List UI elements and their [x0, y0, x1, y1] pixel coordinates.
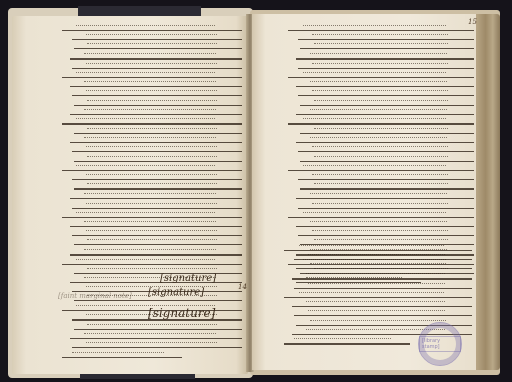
handwritten-line: [70, 220, 242, 227]
handwritten-line: [288, 117, 474, 125]
left-page-description: Continuous handwritten text block, appro…: [0, 0, 1, 1]
right-entry-1-description: First entry, approx. 28 lines of handwri…: [0, 0, 1, 1]
handwritten-line: [72, 229, 242, 236]
handwritten-line: [62, 258, 242, 265]
handwritten-line: [74, 155, 242, 162]
handwritten-line: [296, 192, 474, 199]
handwritten-line: [296, 80, 474, 87]
handwritten-line: [296, 136, 474, 143]
handwritten-line: [62, 117, 242, 125]
manuscript-spread: Continuous handwritten text block, appro…: [0, 0, 512, 382]
handwritten-line: [288, 71, 474, 78]
handwritten-line: [296, 220, 474, 227]
page-edge: [476, 14, 500, 370]
handwritten-line: [284, 244, 472, 251]
left-margin-note: [faint marginal note]: [58, 292, 132, 300]
handwritten-line: [62, 24, 242, 31]
handwritten-line: [70, 192, 242, 199]
handwritten-line: [62, 164, 242, 171]
handwritten-line: [300, 182, 474, 190]
handwritten-line: [62, 211, 242, 218]
handwritten-line: [74, 267, 242, 274]
handwritten-line: [294, 309, 472, 316]
handwritten-line: [300, 42, 474, 49]
signature-3: [signature]: [148, 306, 215, 320]
handwritten-line: [74, 238, 242, 245]
handwritten-line: [74, 127, 242, 134]
handwritten-line: [70, 80, 242, 87]
handwritten-line: [296, 52, 474, 60]
stamp-text: [library stamp]: [419, 336, 461, 352]
handwritten-line: [284, 337, 410, 345]
handwritten-line: [292, 300, 472, 307]
handwritten-line: [72, 202, 242, 209]
handwritten-line: [300, 155, 474, 162]
handwritten-line: [298, 33, 474, 40]
right-entry-2-description: Second entry, approx. 11 lines of handwr…: [0, 0, 1, 1]
handwritten-line: [288, 211, 474, 218]
handwritten-line: [292, 272, 472, 280]
handwritten-line: [298, 89, 474, 96]
handwritten-line: [296, 262, 472, 269]
signature-2: [signature]: [148, 287, 204, 298]
handwritten-line: [72, 62, 242, 69]
handwritten-line: [70, 276, 242, 283]
handwritten-line: [288, 24, 474, 31]
handwritten-line: [70, 332, 242, 339]
handwritten-line: [72, 33, 242, 40]
handwritten-line: [298, 229, 474, 236]
handwritten-line: [62, 351, 182, 358]
handwritten-line: [284, 291, 472, 298]
handwritten-line: [288, 164, 474, 171]
handwritten-line: [298, 202, 474, 209]
handwritten-line: [298, 62, 474, 69]
handwritten-line: [300, 99, 474, 106]
handwritten-line: [74, 99, 242, 106]
top-clip: [78, 6, 201, 16]
handwritten-line: [298, 145, 474, 152]
handwritten-line: [300, 127, 474, 134]
library-stamp: [library stamp]: [418, 322, 462, 366]
handwritten-line: [294, 282, 472, 289]
handwritten-line: [70, 248, 242, 256]
handwritten-line: [62, 71, 242, 78]
handwritten-line: [70, 108, 242, 115]
handwritten-line: [74, 323, 242, 330]
handwritten-line: [294, 253, 472, 260]
handwritten-line: [72, 145, 242, 152]
handwritten-line: [74, 42, 242, 49]
signature-1: [signature]: [160, 273, 216, 284]
handwritten-line: [296, 108, 474, 115]
handwritten-line: [74, 182, 242, 190]
handwritten-line: [70, 52, 242, 60]
handwritten-line: [72, 341, 242, 348]
handwritten-line: [72, 173, 242, 180]
handwritten-line: [72, 89, 242, 96]
handwritten-line: [70, 136, 242, 143]
left-folio-mark: 14: [238, 283, 247, 291]
handwritten-line: [298, 173, 474, 180]
